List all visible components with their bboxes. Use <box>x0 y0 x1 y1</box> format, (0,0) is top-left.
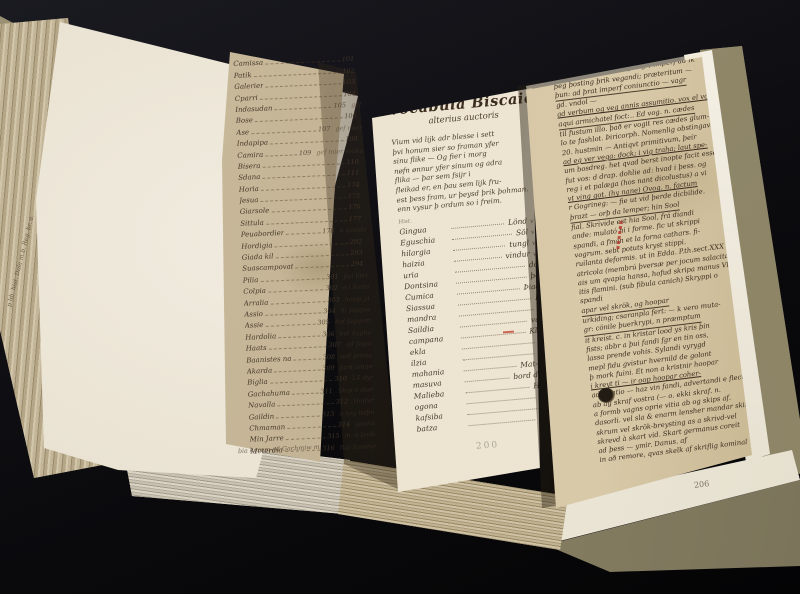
strip-ref-number: 304 <box>323 307 336 316</box>
strip-ref-number: 178 <box>322 227 335 236</box>
collection-stamp-number: 200 <box>476 440 500 452</box>
strip-gloss: bid dygha <box>340 329 372 337</box>
strip-term: Indapipa <box>237 139 269 148</box>
strip-term: Arralia <box>244 298 269 307</box>
leader-dashes <box>286 233 320 235</box>
strip-term: Min Jarre <box>250 434 284 443</box>
strip-ref-number: 175 <box>348 192 361 201</box>
strip-term: Biglia <box>247 378 268 387</box>
strip-ref-number: 106 <box>344 112 357 121</box>
strip-term: Bose <box>236 117 253 126</box>
strip-ref-number: 307 <box>328 341 341 350</box>
strip-ref-number: 302 <box>325 284 338 293</box>
strip-gloss: ad fegia <box>346 340 372 348</box>
strip-ref-number: 308 <box>323 352 336 361</box>
leader-dashes <box>265 154 297 156</box>
strip-term: Camissa <box>233 59 263 68</box>
strip-ref-number: 174 <box>347 180 360 189</box>
strip-gloss: fivi liter <box>343 272 368 280</box>
strip-ref-number: 105 <box>334 101 347 110</box>
strip-term: Assio <box>244 310 263 319</box>
strip-term: Gaildin <box>249 412 275 421</box>
strip-ref-number: 104 <box>343 89 356 98</box>
strip-ref-number: 111 <box>347 169 360 178</box>
leader-dashes <box>292 392 319 394</box>
strip-term: Hardolia <box>245 332 276 341</box>
strip-gloss: fard uman <box>340 363 373 371</box>
strip-term: Giarsole <box>240 207 270 216</box>
strip-ref-number: 293 <box>350 249 363 258</box>
icelandic-gloss: Lönd <box>508 216 528 227</box>
strip-ref-number: 313 <box>322 409 335 418</box>
strip-ref-number: 301 <box>326 272 339 281</box>
strip-term: Jesua <box>239 196 259 205</box>
manuscript-photo: p lib. hist. Dala m.b. Reg. br. a. Camis… <box>0 0 800 594</box>
strip-gloss: hi fagqva <box>340 306 370 314</box>
strip-gloss: a i hvria <box>343 283 369 291</box>
strip-ref-number: 292 <box>350 237 363 246</box>
strip-ref-number: 176 <box>348 203 361 212</box>
strip-term: Sdana <box>238 173 260 182</box>
strip-ref-number: 303 <box>327 295 340 304</box>
strip-ref-number: 315 <box>327 432 340 441</box>
leader-dashes <box>294 358 321 360</box>
strip-ref-number: 110 <box>346 158 359 167</box>
strip-ref-number: 312 <box>336 397 349 406</box>
strip-term: Sittula <box>240 219 264 228</box>
strip-ref-number: 107 <box>318 125 331 134</box>
hole-in-page <box>598 388 615 403</box>
strip-ref-number: 103 <box>343 78 356 87</box>
strip-ref-number: 177 <box>349 214 362 223</box>
strip-term: Colpia <box>243 287 266 296</box>
strip-ref-number: 310 <box>334 375 347 384</box>
strip-term: Ase <box>236 128 249 137</box>
strip-term: Indasudan <box>235 104 273 114</box>
strip-term: Horia <box>239 185 259 194</box>
page-number: 206 <box>694 479 710 490</box>
strip-gloss: goldin <box>355 420 375 428</box>
strip-gloss: m. o lavik <box>345 431 376 439</box>
strip-term: Giada kil <box>242 252 274 261</box>
strip-ref-number: 108 <box>345 135 358 144</box>
strip-gloss: hosgi ja <box>345 295 370 303</box>
strip-term: Navalla <box>248 401 275 410</box>
strip-term: Bisera <box>238 162 261 171</box>
margin-note: Hist. <box>398 218 412 225</box>
strip-term: Galerier <box>234 82 264 91</box>
strip-ref-number: 316 <box>322 444 335 453</box>
strip-ref-number: 311 <box>320 387 333 396</box>
strip-term: Akarda <box>247 367 273 376</box>
strip-ref-number: 109 <box>299 148 312 157</box>
icelandic-gloss: tungl <box>509 238 530 249</box>
strip-term: Assie <box>245 321 264 330</box>
strip-gloss: ord priota <box>340 352 372 360</box>
strip-gloss: gef mier <box>335 124 362 132</box>
strip-ref-number: 314 <box>338 420 351 429</box>
strip-gloss: gef <box>351 101 361 108</box>
strip-ref-number: 101 <box>342 55 355 64</box>
strip-gloss: LS dyr <box>352 375 373 383</box>
strip-term: Haats <box>246 344 267 353</box>
strip-term: Cparri <box>235 94 258 103</box>
strip-gloss: o vionda <box>340 227 367 235</box>
strip-term: Hordigia <box>241 241 273 250</box>
strip-term: Pilia <box>243 276 259 285</box>
strip-ref-number: 102 <box>342 66 355 75</box>
strip-term: Patik <box>234 71 252 80</box>
strip-gloss: Hnifur <box>353 397 374 405</box>
strip-glossary-list: Camissa 101 Patik 102 Galerier 103 Cparr… <box>233 52 376 456</box>
basque-term: batza <box>416 420 465 433</box>
strip-ref-number: 305 <box>317 318 330 327</box>
strip-ref-number: 294 <box>351 260 364 269</box>
strip-ref-number: 309 <box>322 364 335 373</box>
strip-term: Camira <box>237 150 263 159</box>
strip-term: Chmaman <box>249 423 285 433</box>
leader-dots <box>468 420 534 427</box>
strip-ref-number: 306 <box>322 330 335 339</box>
